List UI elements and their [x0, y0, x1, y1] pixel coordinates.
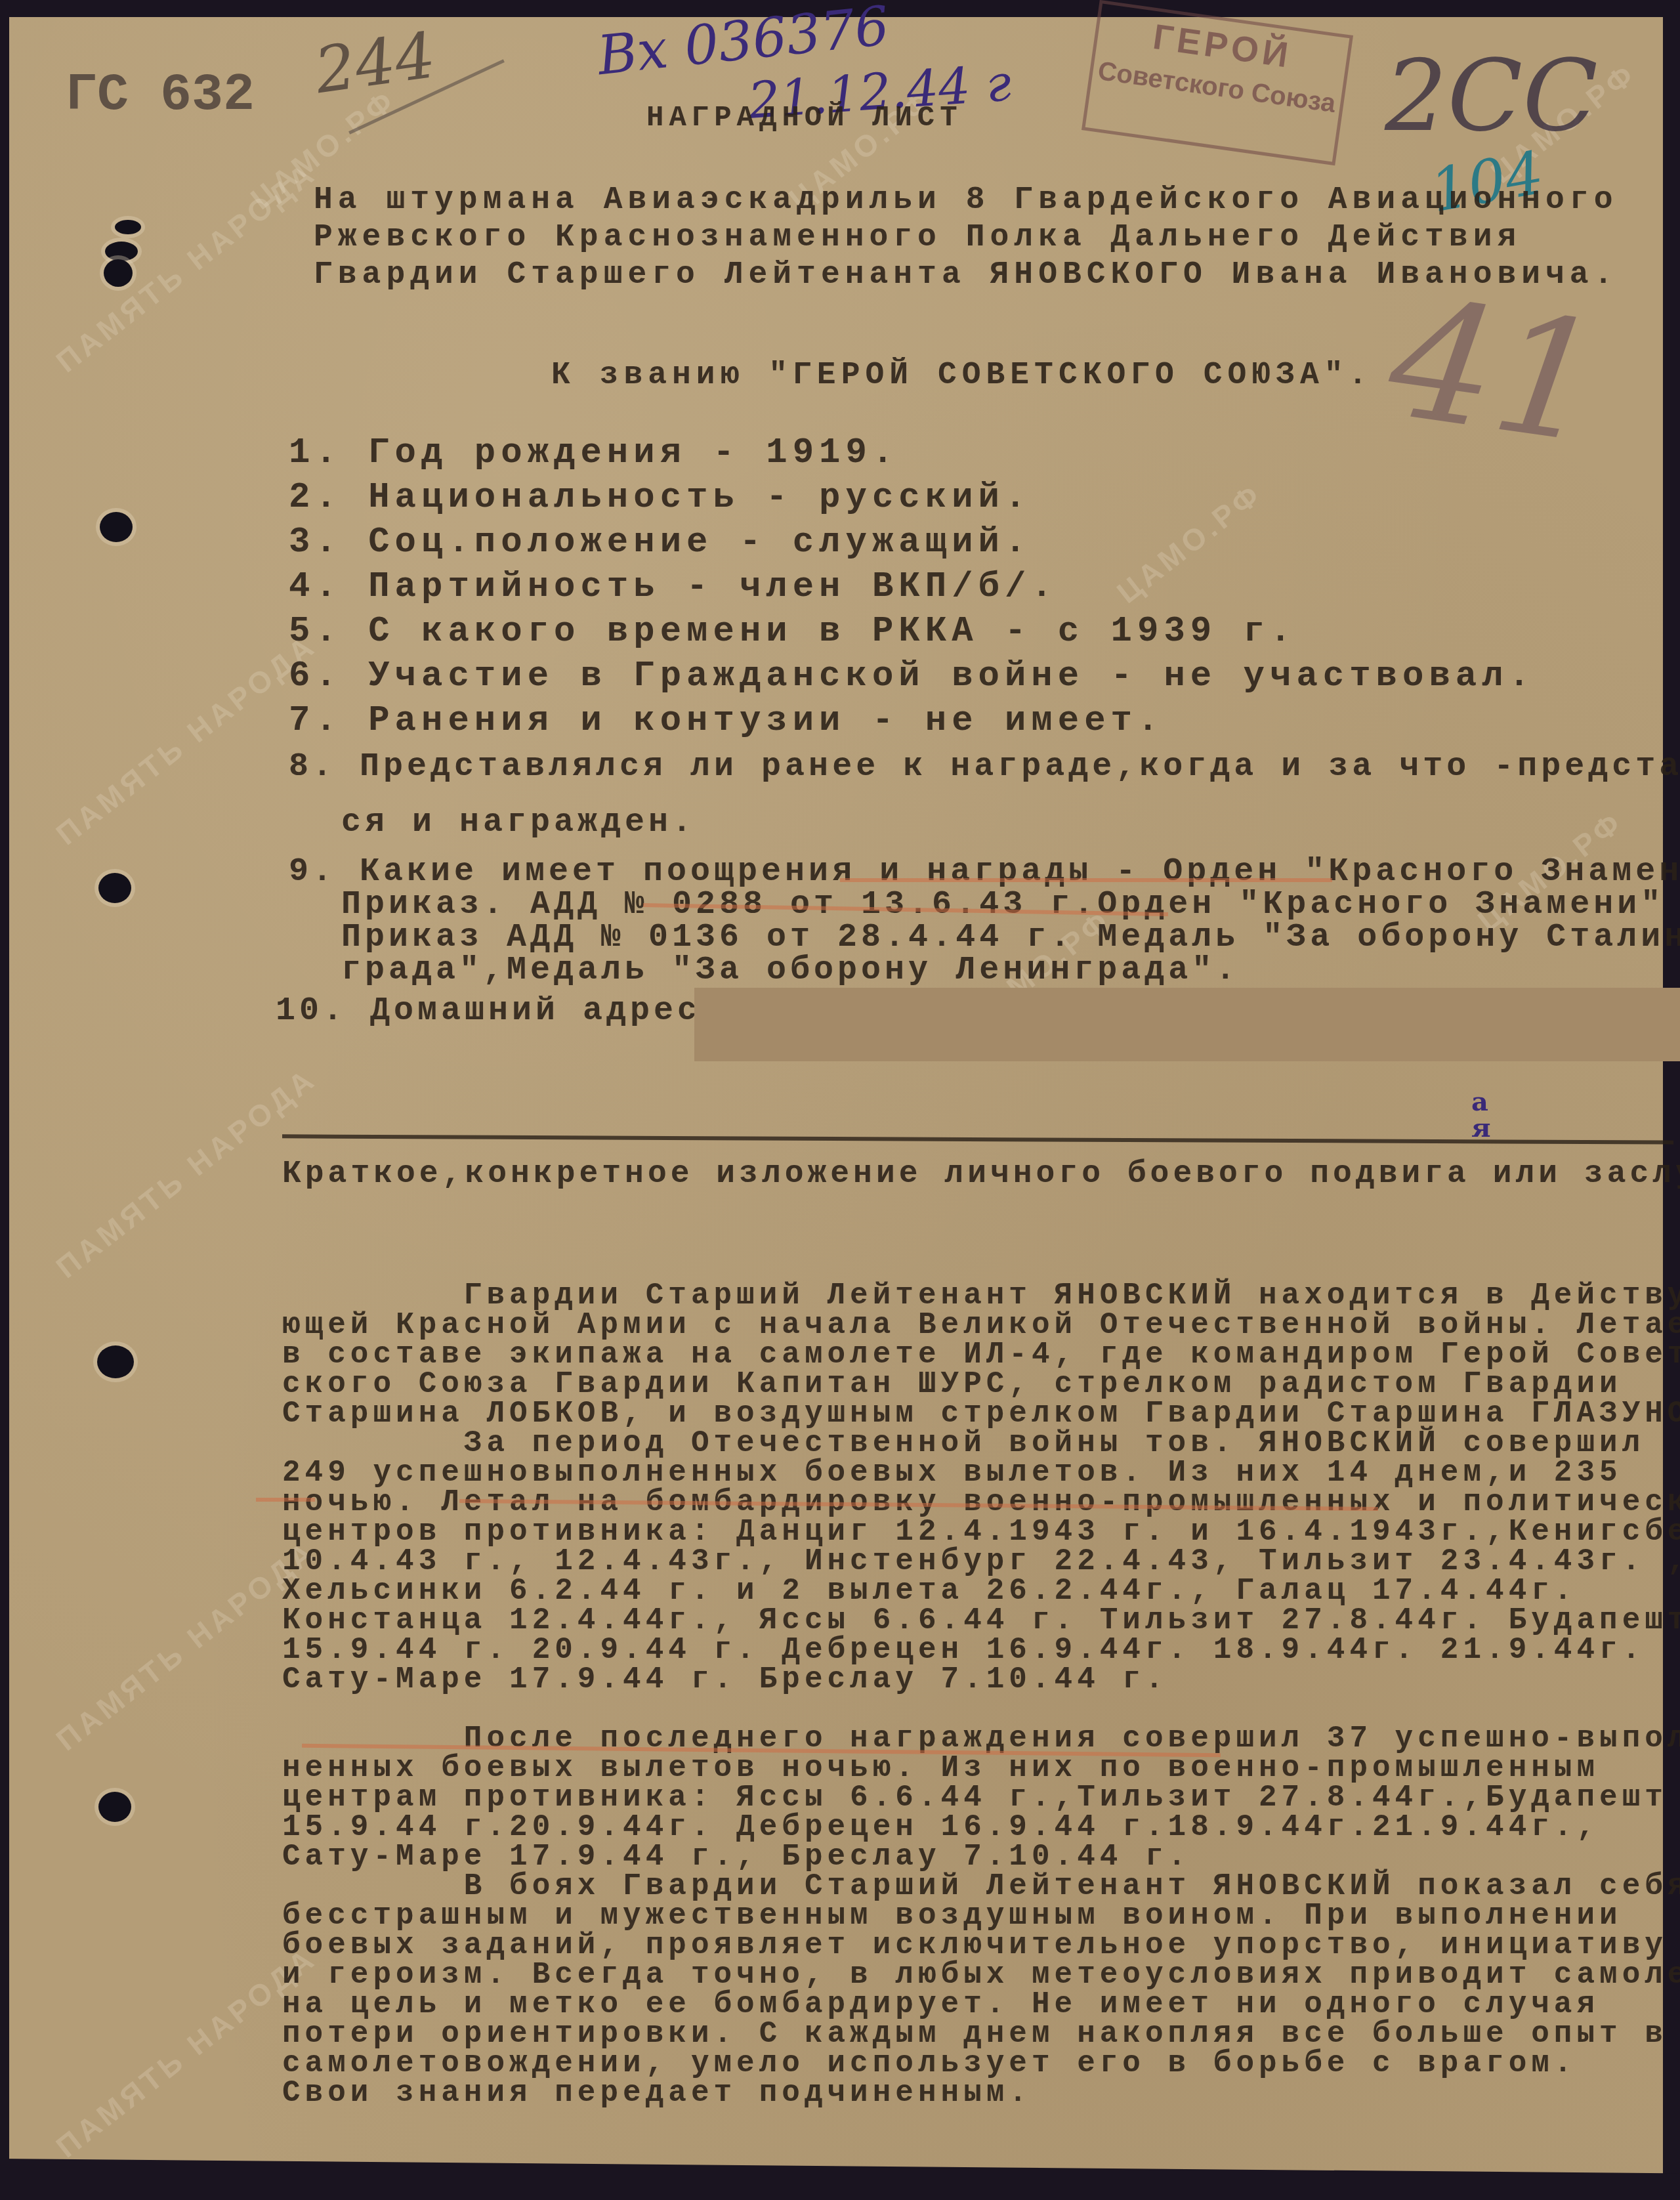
field-item: 8. Представлялся ли ранее к награде,когд… [289, 748, 1680, 786]
red-pencil-underline [840, 878, 1332, 882]
archive-code: ГС 632 [66, 66, 255, 125]
nominee-line: Гвардии Старшего Лейтенанта ЯНОВСКОГО Ив… [314, 257, 1618, 293]
punch-hole [98, 1792, 131, 1822]
narrative-line: самолетовождении, умело использует его в… [282, 2049, 1576, 2079]
narrative-line: боевых заданий, проявляет исключительное… [282, 1931, 1668, 1960]
narrative-line: 15.9.44 г. 20.9.44 г. Дебрецен 16.9.44г.… [282, 1636, 1645, 1665]
punch-hole [100, 512, 133, 542]
punch-hole [104, 259, 133, 287]
section-heading: Краткое,конкретное изложение личного бое… [282, 1156, 1680, 1192]
narrative-line: Гвардии Старший Лейтенант ЯНОВСКИЙ наход… [282, 1281, 1680, 1311]
narrative-line: Сату-Маре 17.9.44 г. Бреслау 7.10.44 г. [282, 1665, 1168, 1695]
margin-mark: 41 [1379, 262, 1612, 480]
narrative-line: 10.4.43 г., 12.4.43г., Инстенбург 22.4.4… [282, 1547, 1680, 1576]
field-item: 5. С какого времени в РККА - с 1939 г. [289, 612, 1296, 652]
narrative-line: Старшина ЛОБКОВ, и воздушным стрелком Гв… [282, 1399, 1680, 1429]
narrative-line: За период Отечественной войны тов. ЯНОВС… [282, 1429, 1645, 1458]
narrative-line: Сату-Маре 17.9.44 г., Бреслау 7.10.44 г. [282, 1842, 1190, 1872]
narrative-line: 15.9.44 г.20.9.44г. Дебрецен 16.9.44 г.1… [282, 1813, 1599, 1842]
field-item-continuation: Приказ АДД № 0136 от 28.4.44 г. Медаль "… [341, 919, 1680, 956]
punch-hole [115, 220, 141, 234]
punch-hole [105, 242, 138, 261]
field-item: 6. Участие в Гражданской войне - не учас… [289, 656, 1535, 696]
document-title: НАГРАДНОЙ ЛИСТ [646, 102, 963, 135]
narrative-line: ющей Красной Армии с начала Великой Отеч… [282, 1311, 1680, 1340]
margin-letter: я [1471, 1112, 1491, 1143]
field-item: 3. Соц.положение - служащий. [289, 522, 1031, 562]
field-item: 10. Домашний адрес - [276, 992, 748, 1030]
nominee-line: На штурмана Авиаэскадрильи 8 Гвардейског… [314, 182, 1618, 218]
field-item: 2. Национальность - русский. [289, 478, 1031, 518]
narrative-line: ского Союза Гвардии Капитан ШУРС, стрелк… [282, 1370, 1622, 1399]
field-item-continuation: ся и награжден. [341, 804, 696, 841]
award-title: К званию "ГЕРОЙ СОВЕТСКОГО СОЮЗА". [551, 358, 1372, 393]
field-item: 7. Ранения и контузии - не имеет. [289, 701, 1164, 741]
narrative-line: центров противника: Данциг 12.4.1943 г. … [282, 1517, 1680, 1547]
field-item: 4. Партийность - член ВКП/б/. [289, 567, 1058, 607]
field-item-continuation: Приказ. АДД № 0288 от 13.6.43 г.Орден "К… [341, 886, 1664, 923]
redacted-address [694, 988, 1680, 1061]
nominee-line: Ржевского Краснознаменного Полка Дальнег… [314, 220, 1521, 255]
punch-hole [98, 873, 131, 903]
narrative-line: Констанца 12.4.44г., Яссы 6.6.44 г. Тиль… [282, 1606, 1680, 1636]
narrative-line: на цель и метко ее бомбардирует. Не имее… [282, 1990, 1599, 2020]
narrative-line: В боях Гвардии Старший Лейтенант ЯНОВСКИ… [282, 1872, 1680, 1901]
field-item: 1. Год рождения - 1919. [289, 433, 898, 473]
corner-mark: 2СС [1385, 39, 1598, 154]
narrative-line: Свои знания передает подчиненным. [282, 2079, 1032, 2108]
field-item: 9. Какие имеет поощрения и награды - Орд… [289, 853, 1680, 891]
narrative-line: в составе экипажа на самолете ИЛ-4, где … [282, 1340, 1680, 1370]
field-item-continuation: града",Медаль "За оборону Ленинграда". [341, 952, 1239, 989]
narrative-line: потери ориентировки. С каждым днем накоп… [282, 2020, 1668, 2049]
narrative-line: бесстрашным и мужественным воздушным вои… [282, 1901, 1622, 1931]
punch-hole [97, 1345, 134, 1378]
narrative-line: и героизм. Всегда точно, в любых метеоус… [282, 1960, 1680, 1990]
narrative-line: ненных боевых вылетов ночью. Из них по в… [282, 1754, 1599, 1783]
red-pencil-underline [256, 1498, 315, 1502]
narrative-line: Хельсинки 6.2.44 г. и 2 вылета 26.2.44г.… [282, 1576, 1576, 1606]
narrative-line: центрам противника: Яссы 6.6.44 г.,Тильз… [282, 1783, 1668, 1813]
narrative-line: 249 успешновыполненных боевых вылетов. И… [282, 1458, 1622, 1488]
